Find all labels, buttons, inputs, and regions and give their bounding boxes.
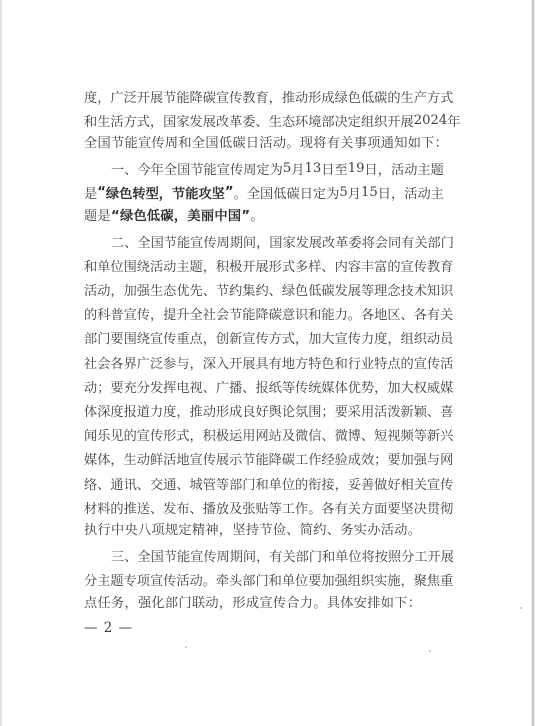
text-line: 活动，加强生态优先、节约集约、绿色低碳发展等理念技术知识 bbox=[84, 278, 444, 302]
scan-speck bbox=[185, 646, 187, 648]
text-line: 点任务，强化部门联动，形成宣传合力。具体安排如下： bbox=[84, 592, 444, 616]
scan-speck bbox=[429, 650, 431, 652]
text-line: 部门要围绕宣传重点，创新宣传方式，加大宣传力度，组织动员 bbox=[84, 326, 444, 350]
text-line: 和生活方式，国家发展改革委、生态环境部决定组织开展2024年 bbox=[84, 108, 444, 132]
document-page: 度，广泛开展节能降碳宣传教育，推动形成绿色低碳的生产方式和生活方式，国家发展改革… bbox=[0, 0, 538, 726]
text-line: 闻乐见的宣传形式，积极运用网站及微信、微博、短视频等新兴 bbox=[84, 423, 444, 447]
text-line: 的科普宣传，提升全社会节能降碳意识和能力。各地区、各有关 bbox=[84, 302, 444, 326]
page-number: — 2 — bbox=[84, 616, 133, 640]
text-line: 是“绿色转型，节能攻坚”。全国低碳日定为5月15日，活动主 bbox=[84, 181, 444, 205]
text-line: 社会各界广泛参与，深入开展具有地方特色和行业特点的宣传活 bbox=[84, 350, 444, 374]
text-line: 度，广泛开展节能降碳宣传教育，推动形成绿色低碳的生产方式 bbox=[84, 84, 444, 108]
text-line: 分主题专项宣传活动。牵头部门和单位要加强组织实施，聚焦重 bbox=[84, 568, 444, 592]
text-line: 二、全国节能宣传周期间，国家发展改革委将会同有关部门 bbox=[84, 229, 444, 253]
document-text: 度，广泛开展节能降碳宣传教育，推动形成绿色低碳的生产方式和生活方式，国家发展改革… bbox=[84, 84, 444, 616]
text-line: 材料的推送、发布、播放及张贴等工作。各有关方面要坚决贯彻 bbox=[84, 495, 444, 519]
text-line: 执行中央八项规定精神，坚持节俭、简约、务实办活动。 bbox=[84, 519, 444, 543]
text-line: 全国节能宣传周和全国低碳日活动。现将有关事项通知如下： bbox=[84, 132, 444, 156]
page-edge-right bbox=[532, 0, 534, 726]
text-line: 和单位围绕活动主题，积极开展形式多样、内容丰富的宣传教育 bbox=[84, 253, 444, 277]
text-line: 媒体，生动鲜活地宣传展示节能降碳工作经验成效；要加强与网 bbox=[84, 447, 444, 471]
text-line: 题是“绿色低碳，美丽中国”。 bbox=[84, 205, 444, 229]
text-line: 一、今年全国节能宣传周定为5月13日至19日，活动主题 bbox=[84, 157, 444, 181]
page-edge-left bbox=[0, 0, 2, 726]
text-line: 三、全国节能宣传周期间，有关部门和单位将按照分工开展 bbox=[84, 544, 444, 568]
text-line: 体深度报道力度，推动形成良好舆论氛围；要采用活泼新颖、喜 bbox=[84, 398, 444, 422]
scan-speck bbox=[520, 607, 522, 609]
text-line: 动；要充分发挥电视、广播、报纸等传统媒体优势，加大权威媒 bbox=[84, 374, 444, 398]
text-line: 络、通讯、交通、城管等部门和单位的衔接，妥善做好相关宣传 bbox=[84, 471, 444, 495]
